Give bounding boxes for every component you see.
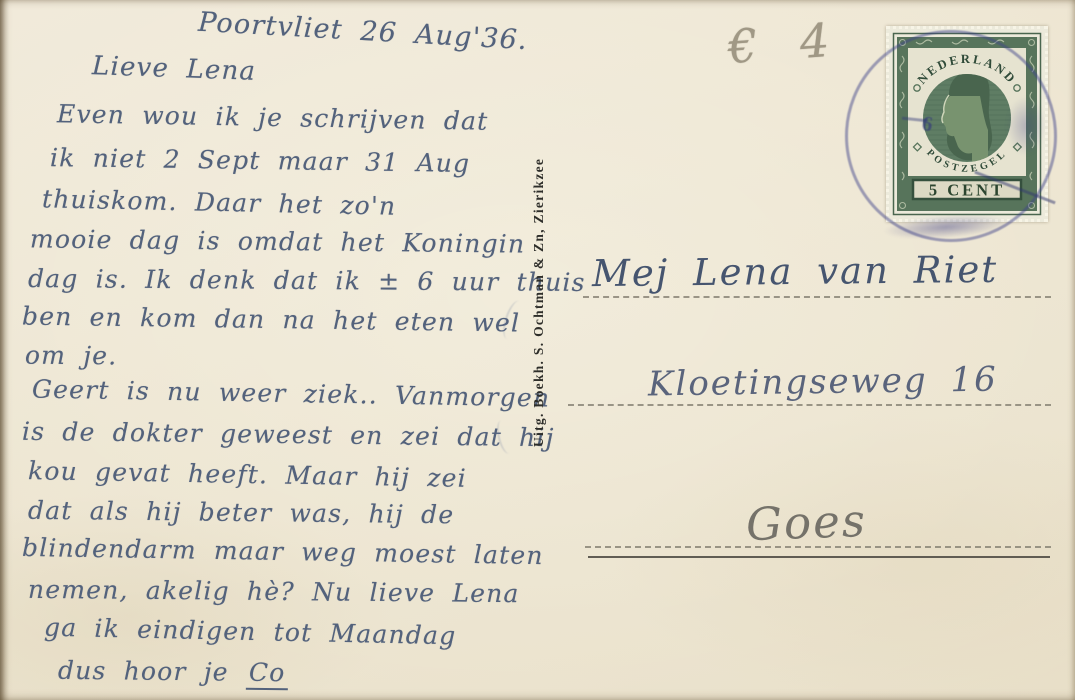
postcard-back: Poortvliet 26 Aug'36. Lieve Lena Even wo…: [0, 0, 1075, 700]
message-line: Geert is nu weer ziek.. Vanmorgen: [32, 374, 551, 412]
address-rule-1: [583, 296, 1051, 298]
message-line: mooie dag is omdat het Koningin: [30, 224, 526, 258]
address-name: Mej Lena van Riet: [592, 248, 999, 295]
address-rule-2: [568, 404, 1051, 406]
message-line: dus hoor je Co: [58, 656, 289, 690]
message-line: Even wou ik je schrijven dat: [57, 99, 489, 136]
price-annotation: € 4: [726, 12, 845, 74]
message-line: dag is. Ik denk dat ik ± 6 uur thuis: [28, 264, 586, 297]
signature: Co: [246, 658, 289, 690]
address-city: Goes: [745, 494, 868, 551]
message-line: thuiskom. Daar het zo'n: [42, 184, 397, 220]
message-line: om je.: [25, 341, 118, 371]
dateline: Poortvliet 26 Aug'36.: [197, 7, 528, 56]
salutation: Lieve Lena: [92, 51, 257, 87]
closing-words: dus hoor je: [58, 656, 229, 687]
address-street: Kloetingseweg 16: [648, 360, 998, 405]
ink-ghost-mark: [499, 299, 527, 342]
message-line: ik niet 2 Sept maar 31 Aug: [50, 143, 471, 178]
address-rule-3-solid: [588, 556, 1050, 558]
card-edge-shadow: [0, 0, 9, 700]
message-line: dat als hij beter was, hij de: [28, 496, 455, 529]
publisher-imprint: Uitg. Boekh. S. Ochtman & Zn, Zierikzee: [531, 84, 547, 520]
message-line: nemen, akelig hè? Nu lieve Lena: [28, 575, 520, 608]
message-line: kou gevat heeft. Maar hij zei: [28, 456, 467, 493]
message-line: blindendarm maar weg moest laten: [22, 533, 544, 570]
message-line: ben en kom dan na het eten wel: [22, 302, 521, 338]
postmark-smudge: [1006, 96, 1046, 156]
message-line: ga ik eindigen tot Maandag: [44, 613, 457, 651]
message-line: is de dokter geweest en zei dat hij: [22, 417, 555, 453]
